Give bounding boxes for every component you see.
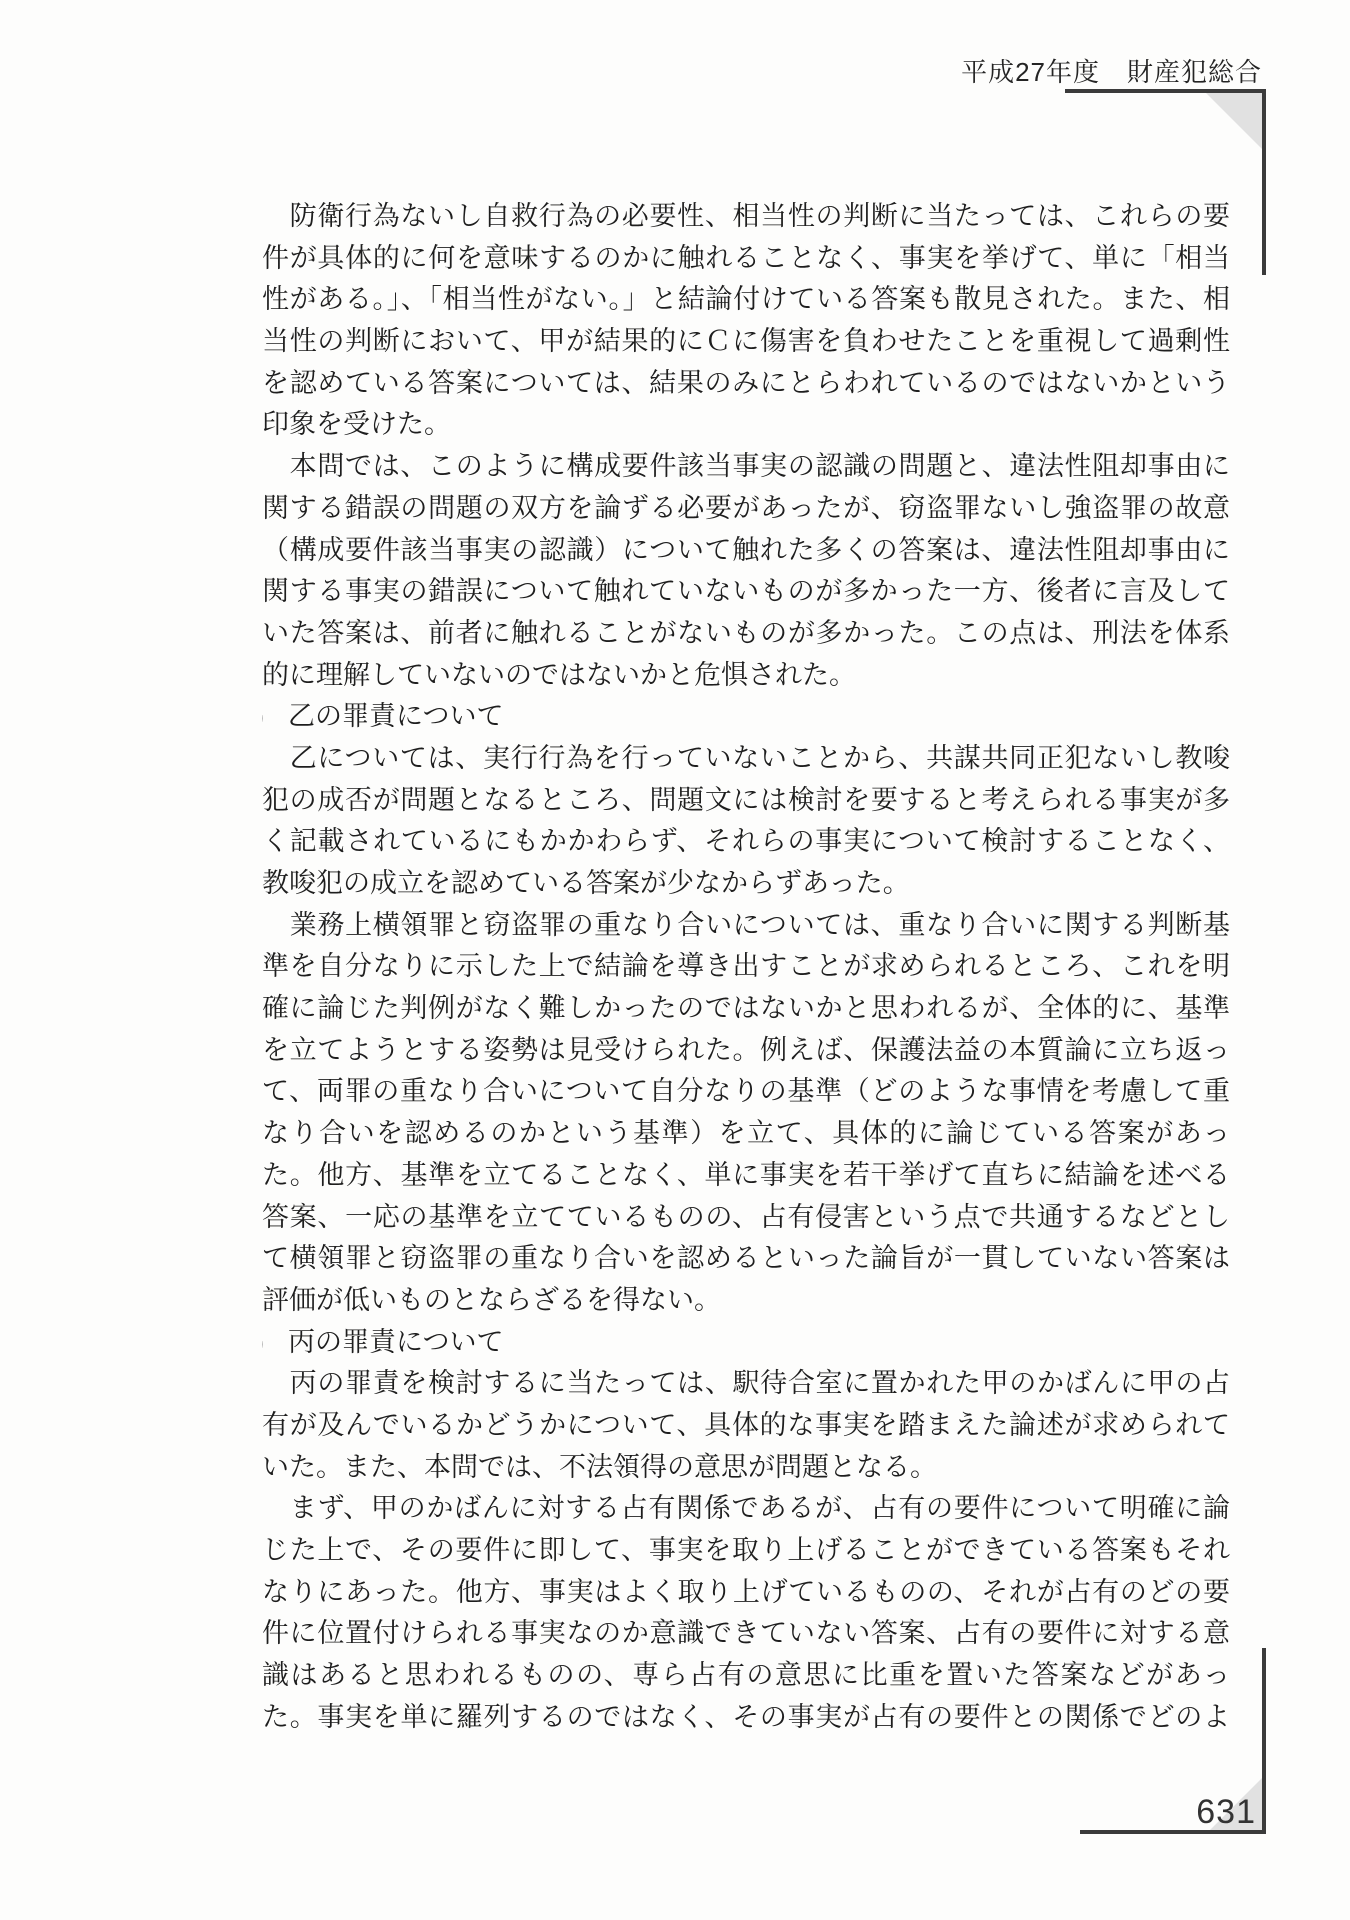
text-line: 関する錯誤の問題の双方を論ずる必要があったが、窃盗罪ないし強盗罪の故意 [262, 488, 1230, 530]
text-line: 件に位置付けられる事実なのか意識できていない答案、占有の要件に対する意 [262, 1613, 1230, 1655]
text-line: 性がある。」、「相当性がない。」と結論付けている答案も散見された。また、相 [262, 279, 1230, 321]
text-line-content: 当性の判断において、甲が結果的にＣに傷害を負わせたことを重視して過剰性 [262, 326, 1230, 356]
body-text: 防衛行為ないし自救行為の必要性、相当性の判断に当たっては、これらの要 件が具体的… [262, 196, 1230, 1738]
text-line-content: 本問では、このように構成要件該当事実の認識の問題と、違法性阻却事由に [262, 451, 1230, 481]
text-line: 教唆犯の成立を認めている答案が少なからずあった。 [262, 863, 1230, 905]
text-line-content: 性がある。」、「相当性がない。」と結論付けている答案も散見された。また、相 [262, 284, 1230, 314]
text-line: なりにあった。他方、事実はよく取り上げているものの、それが占有のどの要 [262, 1572, 1230, 1614]
header-corner-triangle [1206, 93, 1262, 149]
text-line: じた上で、その要件に即して、事実を取り上げることができている答案もそれ [262, 1530, 1230, 1572]
text-line-content: なりにあった。他方、事実はよく取り上げているものの、それが占有のどの要 [262, 1577, 1230, 1607]
text-line: まず、甲のかばんに対する占有関係であるが、占有の要件について明確に論 [262, 1488, 1230, 1530]
text-line: 確に論じた判例がなく難しかったのではないかと思われるが、全体的に、基準 [262, 988, 1230, 1030]
header-rule-vertical [1262, 89, 1266, 275]
text-line-content: 確に論じた判例がなく難しかったのではないかと思われるが、全体的に、基準 [262, 993, 1230, 1023]
text-line-content: 教唆犯の成立を認めている答案が少なからずあった。 [262, 868, 910, 898]
text-line: 当性の判断において、甲が結果的にＣに傷害を負わせたことを重視して過剰性 [262, 321, 1230, 363]
page-header-title: 平成27年度 財産犯総合 [961, 52, 1262, 89]
text-line: 答案、一応の基準を立てているものの、占有侵害という点で共通するなどとし [262, 1197, 1230, 1239]
text-line-content: 関する錯誤の問題の双方を論ずる必要があったが、窃盗罪ないし強盗罪の故意 [262, 493, 1230, 523]
text-line-content: た。他方、基準を立てることなく、単に事実を若干挙げて直ちに結論を述べる [262, 1160, 1230, 1190]
text-line-content: 的に理解していないのではないかと危惧された。 [262, 660, 856, 690]
text-line: 乙については、実行行為を行っていないことから、共謀共同正犯ないし教唆 [262, 738, 1230, 780]
text-line-content: 識はあると思われるものの、専ら占有の意思に比重を置いた答案などがあっ [262, 1660, 1230, 1690]
text-line: 関する事実の錯誤について触れていないものが多かった一方、後者に言及して [262, 571, 1230, 613]
text-line: （構成要件該当事実の認識）について触れた多くの答案は、違法性阻却事由に [262, 530, 1230, 572]
text-line: た。他方、基準を立てることなく、単に事実を若干挙げて直ちに結論を述べる [262, 1155, 1230, 1197]
text-line-content: 件に位置付けられる事実なのか意識できていない答案、占有の要件に対する意 [262, 1618, 1230, 1648]
section-number: (3) [262, 696, 288, 738]
text-line: を立てようとする姿勢は見受けられた。例えば、保護法益の本質論に立ち返っ [262, 1030, 1230, 1072]
text-line-content: 乙については、実行行為を行っていないことから、共謀共同正犯ないし教唆 [262, 743, 1230, 773]
text-line: 犯の成否が問題となるところ、問題文には検討を要すると考えられる事実が多 [262, 780, 1230, 822]
text-line-content: 件が具体的に何を意味するのかに触れることなく、事実を挙げて、単に「相当 [262, 243, 1230, 273]
text-line-content: 業務上横領罪と窃盗罪の重なり合いについては、重なり合いに関する判断基 [262, 910, 1230, 940]
text-line-content: 防衛行為ないし自救行為の必要性、相当性の判断に当たっては、これらの要 [262, 201, 1230, 231]
text-line: なり合いを認めるのかという基準）を立て、具体的に論じている答案があっ [262, 1113, 1230, 1155]
text-line-content: （構成要件該当事実の認識）について触れた多くの答案は、違法性阻却事由に [262, 535, 1230, 565]
text-line: (3)乙の罪責について [262, 696, 1230, 738]
text-line: て、両罪の重なり合いについて自分なりの基準（どのような事情を考慮して重 [262, 1071, 1230, 1113]
text-line-content: て横領罪と窃盗罪の重なり合いを認めるといった論旨が一貫していない答案は [262, 1243, 1230, 1273]
text-line-content: を立てようとする姿勢は見受けられた。例えば、保護法益の本質論に立ち返っ [262, 1035, 1230, 1065]
header-rule-horizontal [1065, 89, 1266, 93]
text-line-content: 答案、一応の基準を立てているものの、占有侵害という点で共通するなどとし [262, 1202, 1230, 1232]
text-line-content: 乙の罪責について [288, 701, 503, 731]
text-line-content: を認めている答案については、結果のみにとらわれているのではないかという [262, 368, 1230, 398]
text-line: を認めている答案については、結果のみにとらわれているのではないかという [262, 363, 1230, 405]
text-line: 識はあると思われるものの、専ら占有の意思に比重を置いた答案などがあっ [262, 1655, 1230, 1697]
text-line-content: 犯の成否が問題となるところ、問題文には検討を要すると考えられる事実が多 [262, 785, 1230, 815]
text-line-content: じた上で、その要件に即して、事実を取り上げることができている答案もそれ [262, 1535, 1230, 1565]
text-line: 本問では、このように構成要件該当事実の認識の問題と、違法性阻却事由に [262, 446, 1230, 488]
text-line-content: いた。また、本問では、不法領得の意思が問題となる。 [262, 1452, 937, 1482]
text-line: 印象を受けた。 [262, 404, 1230, 446]
text-line-content: く記載されているにもかかわらず、それらの事実について検討することなく、 [262, 826, 1230, 856]
text-line-content: なり合いを認めるのかという基準）を立て、具体的に論じている答案があっ [262, 1118, 1230, 1148]
text-line: て横領罪と窃盗罪の重なり合いを認めるといった論旨が一貫していない答案は [262, 1238, 1230, 1280]
section-number: (4) [262, 1322, 288, 1364]
text-line: 的に理解していないのではないかと危惧された。 [262, 655, 1230, 697]
text-line: 準を自分なりに示した上で結論を導き出すことが求められるところ、これを明 [262, 946, 1230, 988]
text-line: (4)丙の罪責について [262, 1322, 1230, 1364]
page-number: 631 [1196, 1793, 1256, 1832]
text-line-content: 評価が低いものとならざるを得ない。 [262, 1285, 721, 1315]
text-line: 件が具体的に何を意味するのかに触れることなく、事実を挙げて、単に「相当 [262, 238, 1230, 280]
footer-rule-vertical [1262, 1648, 1266, 1830]
text-line-content: 有が及んでいるかどうかについて、具体的な事実を踏まえた論述が求められて [262, 1410, 1230, 1440]
text-line-content: まず、甲のかばんに対する占有関係であるが、占有の要件について明確に論 [262, 1493, 1230, 1523]
text-line: た。事実を単に羅列するのではなく、その事実が占有の要件との関係でどのよ [262, 1697, 1230, 1739]
text-line: いた。また、本問では、不法領得の意思が問題となる。 [262, 1447, 1230, 1489]
text-line-content: た。事実を単に羅列するのではなく、その事実が占有の要件との関係でどのよ [262, 1702, 1230, 1732]
text-line-content: 関する事実の錯誤について触れていないものが多かった一方、後者に言及して [262, 576, 1230, 606]
text-line: 有が及んでいるかどうかについて、具体的な事実を踏まえた論述が求められて [262, 1405, 1230, 1447]
text-line-content: 準を自分なりに示した上で結論を導き出すことが求められるところ、これを明 [262, 951, 1230, 981]
book-page: 平成27年度 財産犯総合 防衛行為ないし自救行為の必要性、相当性の判断に当たって… [0, 0, 1350, 1920]
text-line: 丙の罪責を検討するに当たっては、駅待合室に置かれた甲のかばんに甲の占 [262, 1363, 1230, 1405]
text-line-content: いた答案は、前者に触れることがないものが多かった。この点は、刑法を体系 [262, 618, 1230, 648]
text-line: 業務上横領罪と窃盗罪の重なり合いについては、重なり合いに関する判断基 [262, 905, 1230, 947]
text-line-content: て、両罪の重なり合いについて自分なりの基準（どのような事情を考慮して重 [262, 1076, 1230, 1106]
text-line: いた答案は、前者に触れることがないものが多かった。この点は、刑法を体系 [262, 613, 1230, 655]
text-line-content: 丙の罪責を検討するに当たっては、駅待合室に置かれた甲のかばんに甲の占 [262, 1368, 1230, 1398]
text-line-content: 印象を受けた。 [262, 409, 451, 439]
text-line: 評価が低いものとならざるを得ない。 [262, 1280, 1230, 1322]
text-line: く記載されているにもかかわらず、それらの事実について検討することなく、 [262, 821, 1230, 863]
text-line-content: 丙の罪責について [288, 1327, 503, 1357]
text-line: 防衛行為ないし自救行為の必要性、相当性の判断に当たっては、これらの要 [262, 196, 1230, 238]
